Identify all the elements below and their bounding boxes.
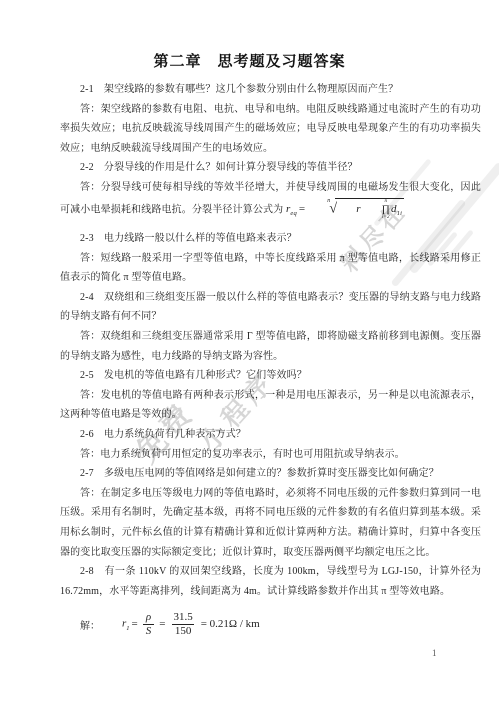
document-body: 2-1 架空线路的参数有哪些？这几个参数分别由什么物理原因而产生？ 答：架空线路… (60, 80, 481, 638)
question-2-8: 2-8 有一条 110kV 的双回架空线路，长度为 100km，导线型号为 LG… (60, 562, 481, 601)
answer-2-6: 答：电力系统负荷可用恒定的复功率表示，有时也可用阻抗或导纳表示。 (60, 445, 481, 465)
answer-2-5: 答：发电机的等值电路有两种表示形式，一种是用电压源表示，另一种是以电流源表示，这… (60, 386, 481, 425)
bundle-radius-formula: req=n√rn∏i=2d1i (286, 203, 404, 215)
answer-2-2-text: 答：分裂导线可使每相导线的等效半径增大，并使导线周围的电磁场发生很大变化，因此可… (60, 182, 481, 215)
resistance-formula: r1=ρS=31.5150= 0.21Ω / km (122, 611, 262, 637)
answer-2-7: 答：在制定多电压等级电力网的等值电路时，必须将不同电压级的元件参数归算到同一电压… (60, 484, 481, 562)
question-2-1: 2-1 架空线路的参数有哪些？这几个参数分别由什么物理原因而产生？ (60, 80, 481, 100)
question-2-6: 2-6 电力系统负荷有几种表示方式？ (60, 425, 481, 445)
answer-2-3: 答：短线路一般采用一字型等值电路，中等长度线路采用 π 型等值电路，长线路采用修… (60, 249, 481, 288)
question-2-3: 2-3 电力线路一般以什么样的等值电路来表示？ (60, 229, 481, 249)
question-2-7: 2-7 多级电压电网的等值网络是如何建立的？参数折算时变压器变比如何确定？ (60, 464, 481, 484)
fraction-rho-S: ρS (143, 611, 155, 637)
fraction-numeric: 31.5150 (170, 611, 195, 637)
page-title: 第二章 思考题及习题答案 (0, 50, 499, 71)
question-2-4: 2-4 双绕组和三绕组变压器一般以什么样的等值电路表示？变压器的导纳支路与电力线… (60, 288, 481, 327)
answer-2-2: 答：分裂导线可使每相导线的等效半径增大，并使导线周围的电磁场发生很大变化，因此可… (60, 178, 481, 224)
product-operator: n∏i=2 (362, 199, 390, 220)
question-2-2: 2-2 分裂导线的作用是什么？如何计算分裂导线的等值半径？ (60, 158, 481, 178)
solution-formula: 解： r1=ρS=31.5150= 0.21Ω / km (80, 611, 481, 637)
answer-2-4: 答：双绕组和三绕组变压器通常采用 Γ 型等值电路，即将励磁支路前移到电源侧。变压… (60, 327, 481, 366)
radical: n√rn∏i=2d1i (307, 198, 404, 224)
page-number: 1 (432, 648, 437, 658)
answer-2-1: 答：架空线路的参数有电阻、电抗、电导和电纳。电阻反映线路通过电流时产生的有功功率… (60, 100, 481, 159)
question-2-5: 2-5 发电机的等值电路有几种形式？它们等效吗？ (60, 366, 481, 386)
solution-label: 解： (80, 617, 100, 632)
document-page: 免费 小程序 料尽在 第二章 思考题及习题答案 2-1 架空线路的参数有哪些？这… (0, 0, 499, 706)
